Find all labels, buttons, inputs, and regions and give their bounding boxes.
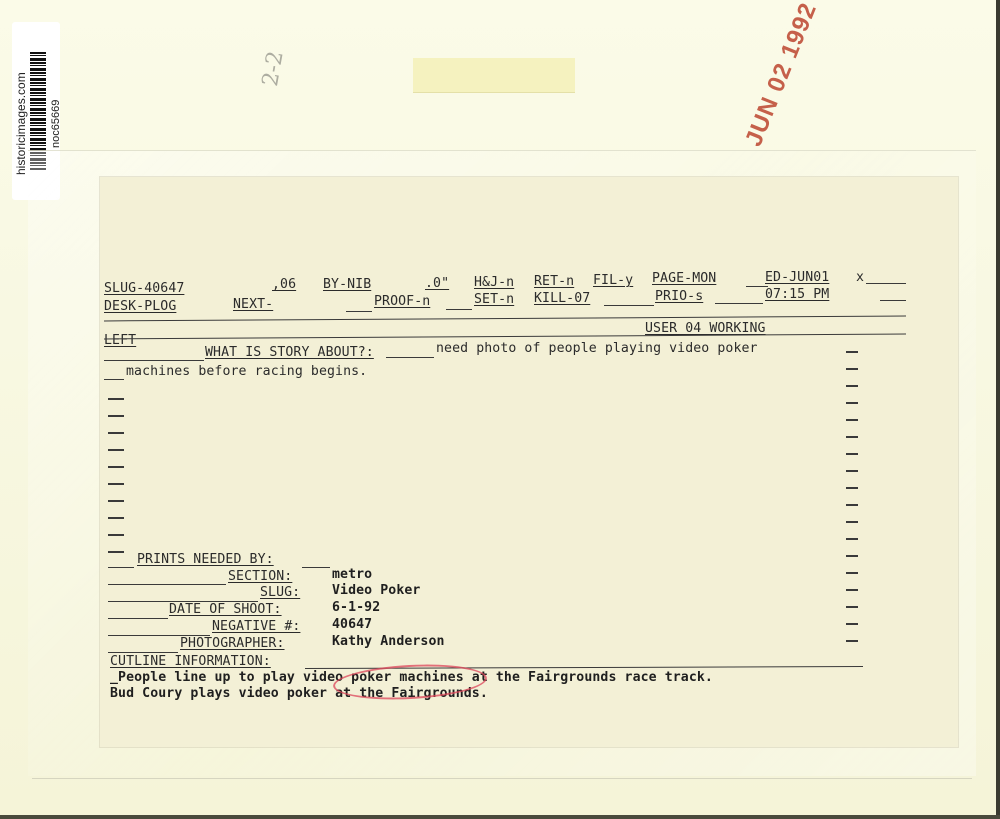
story-label: WHAT IS STORY ABOUT?: <box>205 345 374 360</box>
story-text-line1: need photo of people playing video poker <box>436 341 758 356</box>
blank-line-marker <box>108 534 124 536</box>
by-field: BY-NIB <box>323 277 371 292</box>
time-field: 07:15 PM <box>765 287 829 302</box>
date-of-shoot-label: DATE OF SHOOT: <box>169 602 282 617</box>
hj-field: H&J-n <box>474 275 514 290</box>
ed-field: ED-JUN01 <box>765 270 829 285</box>
rule <box>386 357 434 358</box>
slug-value: Video Poker <box>332 583 420 598</box>
tape-strip <box>413 58 575 93</box>
blank-line-marker <box>846 351 858 353</box>
date-of-shoot-value: 6-1-92 <box>332 600 380 615</box>
scan-edge-bottom <box>0 815 1000 819</box>
photographer-value: Kathy Anderson <box>332 634 445 649</box>
desk-field: DESK-PLOG <box>104 299 176 314</box>
rule <box>715 303 763 304</box>
blank-line-marker <box>846 470 858 472</box>
inch-field: .0" <box>425 276 449 291</box>
story-text-line2: machines before racing begins. <box>126 364 367 379</box>
blank-line-marker <box>846 555 858 557</box>
rule <box>302 567 330 568</box>
blank-line-marker <box>846 606 858 608</box>
proof-field: PROOF-n <box>374 294 430 309</box>
sleeve-edge <box>32 778 972 779</box>
blank-line-marker <box>108 415 124 417</box>
blank-line-marker <box>108 449 124 451</box>
rule <box>108 652 178 653</box>
blank-line-marker <box>108 551 124 553</box>
rule <box>880 300 906 301</box>
blank-line-marker <box>846 368 858 370</box>
blank-line-marker <box>846 521 858 523</box>
kill-field: KILL-07 <box>534 291 590 306</box>
blank-line-marker <box>108 466 124 468</box>
blank-line-marker <box>108 500 124 502</box>
rule <box>108 584 226 585</box>
rule <box>866 283 906 284</box>
blank-line-marker <box>846 419 858 421</box>
blank-line-marker <box>846 572 858 574</box>
rule <box>346 311 372 312</box>
blank-line-marker <box>846 453 858 455</box>
barcode-id-text: noc65669 <box>50 100 62 148</box>
slug-field: SLUG-40647 <box>104 281 184 296</box>
rule <box>108 618 168 619</box>
blank-line-marker <box>108 398 124 400</box>
blank-line-marker <box>846 640 858 642</box>
negative-value: 40647 <box>332 617 372 632</box>
barcode-site-text: historicimages.com <box>14 72 28 175</box>
rule <box>104 379 124 380</box>
blank-line-marker <box>108 483 124 485</box>
blank-line-marker <box>846 402 858 404</box>
rule <box>446 309 472 310</box>
fil-field: FIL-y <box>593 273 633 288</box>
blank-line-marker <box>846 623 858 625</box>
col-field: ,06 <box>272 277 296 292</box>
scan-edge-right <box>996 0 1000 819</box>
blank-line-marker <box>846 538 858 540</box>
blank-line-marker <box>846 504 858 506</box>
page-field: PAGE-MON <box>652 271 716 286</box>
blank-line-marker <box>108 432 124 434</box>
set-field: SET-n <box>474 292 514 307</box>
prio-field: PRIO-s <box>655 289 703 304</box>
rule <box>604 305 654 306</box>
blank-line-marker <box>846 436 858 438</box>
blank-line-marker <box>846 589 858 591</box>
status-left: LEFT <box>104 333 136 348</box>
blank-line-marker <box>108 517 124 519</box>
rule <box>108 567 134 568</box>
next-field: NEXT- <box>233 297 273 312</box>
slug-label: SLUG: <box>260 585 300 600</box>
prints-needed-label: PRINTS NEEDED BY: <box>137 552 274 567</box>
ret-field: RET-n <box>534 274 574 289</box>
x-marker: x <box>856 270 864 285</box>
section-value: metro <box>332 567 372 582</box>
negative-label: NEGATIVE #: <box>212 619 300 634</box>
blank-line-marker <box>846 487 858 489</box>
section-label: SECTION: <box>228 569 292 584</box>
cutline-label: CUTLINE INFORMATION: <box>110 654 271 669</box>
photographer-label: PHOTOGRAPHER: <box>180 636 285 651</box>
blank-line-marker <box>846 385 858 387</box>
rule <box>104 360 204 361</box>
